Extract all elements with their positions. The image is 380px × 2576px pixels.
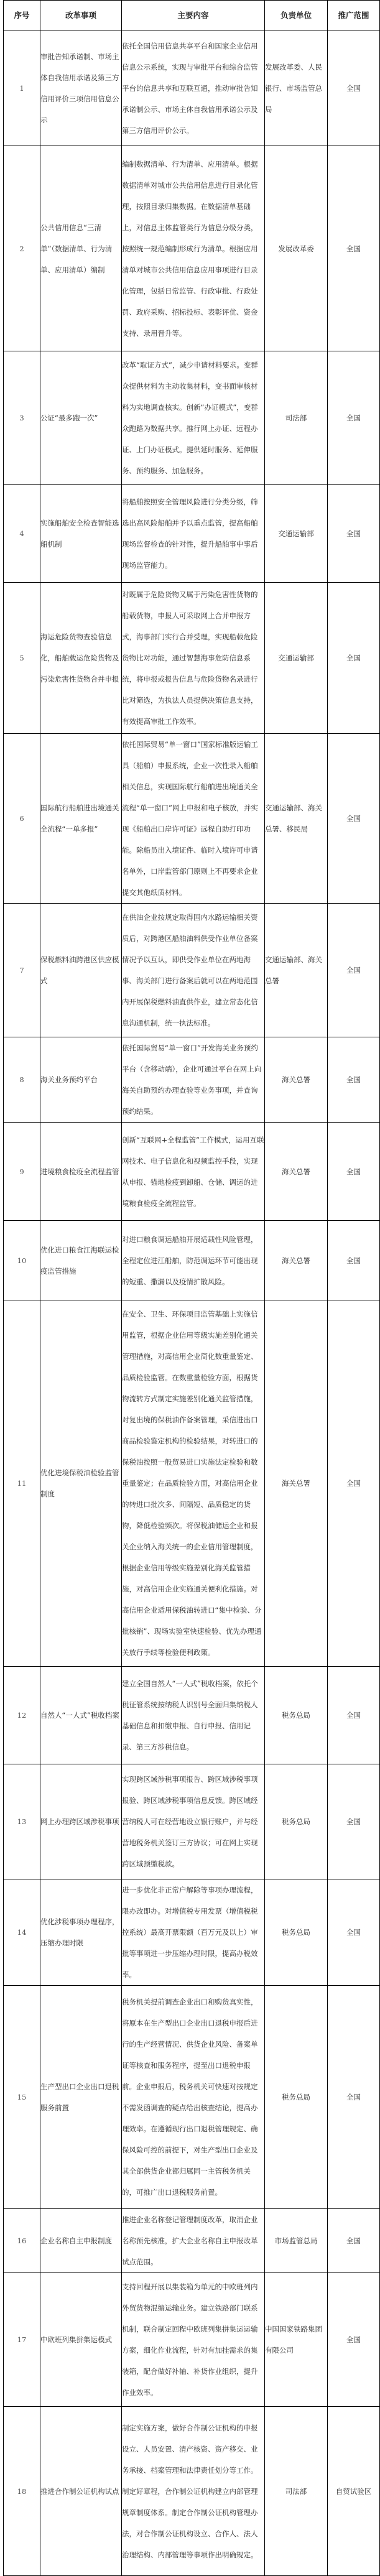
promotion-scope: 全国 [328, 2209, 380, 2273]
header-dept: 负责单位 [265, 1, 328, 30]
table-row: 15 生产型出口企业出口退税服务前置 税务机关提前调查企业出口和购货真实性，将原… [4, 1986, 380, 2209]
row-number: 8 [4, 1037, 40, 1123]
row-number: 16 [4, 2209, 40, 2273]
table-row: 3 公证“最多跑一次” 改革“取证方式”，减少申请材料要求。变群众提供材料为主动… [4, 351, 380, 485]
promotion-scope: 全国 [328, 1667, 380, 1764]
main-content: 依托国际贸易“单一窗口”开发海关业务预约平台（含移动端），企业可通过平台在网上向… [122, 1037, 265, 1123]
row-number: 1 [4, 30, 40, 146]
reform-item: 优化进口粮食江海联运检疫监管措施 [40, 1221, 122, 1300]
responsible-unit: 发展改革委、人民银行、市场监管总局 [265, 30, 328, 146]
reform-item: 生产型出口企业出口退税服务前置 [40, 1986, 122, 2209]
responsible-unit: 海关总署 [265, 1123, 328, 1221]
row-number: 15 [4, 1986, 40, 2209]
row-number: 3 [4, 351, 40, 485]
responsible-unit: 司法部 [265, 2407, 328, 2576]
main-content: 创新“互联网+全程监管”工作模式，运用互联网技术、电子信息化和视频监控手段，实现… [122, 1123, 265, 1221]
reform-item: 审批告知承诺制、市场主体自我信用承诺及第三方信用评价三项信用信息公示 [40, 30, 122, 146]
row-number: 7 [4, 904, 40, 1037]
row-number: 4 [4, 485, 40, 583]
reform-item: 公证“最多跑一次” [40, 351, 122, 485]
table-row: 4 实施船舶安全检查智能选船机制 将船舶按照安全管理风险进行分类分级，筛选出高风… [4, 485, 380, 583]
main-content: 建立全国自然人“一人式”税收档案，依托个税征管系统按纳税人识别号全面归集纳税人基… [122, 1667, 265, 1764]
main-content: 对进口粮食调运船舶开展适载性风险管理，全程定位进江船舶，防范调运环节可能出现的短… [122, 1221, 265, 1300]
header-no: 序号 [4, 1, 40, 30]
reform-item: 中欧班列集拼集运模式 [40, 2273, 122, 2407]
table-body: 1 审批告知承诺制、市场主体自我信用承诺及第三方信用评价三项信用信息公示 依托全… [4, 30, 380, 2576]
responsible-unit: 交通运输部、海关总署、移民局 [265, 734, 328, 904]
table-row: 2 公共信用信息“三清单”（数据清单、行为清单、应用清单）编制 编制数据清单、行… [4, 146, 380, 351]
main-content: 对既属于危险货物又属于污染危害性货物的船载货物，申报人可采取网上合并申报方式，海… [122, 583, 265, 734]
row-number: 6 [4, 734, 40, 904]
main-content: 编制数据清单、行为清单、应用清单。根据数据清单对城市公共信用信息进行目录化管理，… [122, 146, 265, 351]
promotion-scope: 全国 [328, 1300, 380, 1667]
reform-items-table: 序号 改革事项 主要内容 负责单位 推广范围 1 审批告知承诺制、市场主体自我信… [3, 0, 380, 2576]
reform-item: 海关业务预约平台 [40, 1037, 122, 1123]
table-row: 14 优化涉税事项办理程序，压缩办理时限 进一步优化非正常户解除等事项办理流程，… [4, 1879, 380, 1986]
reform-item: 网上办理跨区域涉税事项 [40, 1764, 122, 1879]
table-row: 7 保税燃料油跨港区供应模式 在供油企业按规定取得国内水路运输相关资质后，对跨港… [4, 904, 380, 1037]
responsible-unit: 税务总局 [265, 1879, 328, 1986]
responsible-unit: 交通运输部 [265, 485, 328, 583]
promotion-scope: 全国 [328, 2273, 380, 2407]
row-number: 2 [4, 146, 40, 351]
row-number: 5 [4, 583, 40, 734]
promotion-scope: 全国 [328, 1037, 380, 1123]
reform-item: 公共信用信息“三清单”（数据清单、行为清单、应用清单）编制 [40, 146, 122, 351]
responsible-unit: 税务总局 [265, 1667, 328, 1764]
main-content: 改革“取证方式”，减少申请材料要求。变群众提供材料为主动收集材料，变书面审核材料… [122, 351, 265, 485]
table-row: 5 海运危险货物查验信息化，船舶载运危险货物及污染危害性货物合并申报 对既属于危… [4, 583, 380, 734]
promotion-scope: 全国 [328, 1764, 380, 1879]
reform-item: 企业名称自主申报制度 [40, 2209, 122, 2273]
main-content: 支持回程开展以集装箱为单元的中欧班列内外贸货物混编运输业务。建立铁路部门联系机制… [122, 2273, 265, 2407]
main-content: 税务机关提前调查企业出口和购货真实性，将原本在生产型出口企业出口退税申报后进行的… [122, 1986, 265, 2209]
main-content: 推进企业名称登记管理制度改革，取消企业名称预先核准，扩大企业名称自主申报改革试点… [122, 2209, 265, 2273]
responsible-unit: 海关总署 [265, 1221, 328, 1300]
row-number: 18 [4, 2407, 40, 2576]
reform-item: 国际航行船舶进出境通关全流程“一单多报” [40, 734, 122, 904]
reform-item: 实施船舶安全检查智能选船机制 [40, 485, 122, 583]
reform-item: 自然人“一人式”税收档案 [40, 1667, 122, 1764]
responsible-unit: 交通运输部 [265, 583, 328, 734]
promotion-scope: 全国 [328, 734, 380, 904]
table-row: 9 进境粮食检疫全流程监管 创新“互联网+全程监管”工作模式，运用互联网技术、电… [4, 1123, 380, 1221]
main-content: 实现跨区域涉税事项报告、跨区域涉税事项报验、跨区域涉税事项信息反馈。跨区域经营纳… [122, 1764, 265, 1879]
promotion-scope: 全国 [328, 30, 380, 146]
main-content: 进一步优化非正常户解除等事项办理流程，限办改即办。对增值税专用发票（增值税税控系… [122, 1879, 265, 1986]
main-content: 制定实施方案，做好合作制公证机构的申报设立、人员安置、清产核资、资产移交、业务承… [122, 2407, 265, 2576]
responsible-unit: 海关总署 [265, 1037, 328, 1123]
header-item: 改革事项 [40, 1, 122, 30]
promotion-scope: 全国 [328, 583, 380, 734]
table-row: 11 优化进境保税油检验监管制度 在安全、卫生、环保项目监管基础上实施信用监管，… [4, 1300, 380, 1667]
reform-item: 优化进境保税油检验监管制度 [40, 1300, 122, 1667]
promotion-scope: 全国 [328, 1879, 380, 1986]
header-content: 主要内容 [122, 1, 265, 30]
reform-item: 推进合作制公证机构试点 [40, 2407, 122, 2576]
row-number: 12 [4, 1667, 40, 1764]
main-content: 依托全国信用信息共享平台和国家企业信用信息公示系统，实现与审批平台和综合监管平台… [122, 30, 265, 146]
row-number: 14 [4, 1879, 40, 1986]
row-number: 13 [4, 1764, 40, 1879]
main-content: 依托国际贸易“单一窗口”国家标准版运输工具（船舶）申报系统，企业一次性录入船舶相… [122, 734, 265, 904]
table-row: 16 企业名称自主申报制度 推进企业名称登记管理制度改革，取消企业名称预先核准，… [4, 2209, 380, 2273]
row-number: 11 [4, 1300, 40, 1667]
responsible-unit: 税务总局 [265, 1986, 328, 2209]
row-number: 9 [4, 1123, 40, 1221]
table-row: 12 自然人“一人式”税收档案 建立全国自然人“一人式”税收档案，依托个税征管系… [4, 1667, 380, 1764]
responsible-unit: 税务总局 [265, 1764, 328, 1879]
responsible-unit: 交通运输部、海关总署 [265, 904, 328, 1037]
responsible-unit: 市场监管总局 [265, 2209, 328, 2273]
row-number: 10 [4, 1221, 40, 1300]
table-row: 17 中欧班列集拼集运模式 支持回程开展以集装箱为单元的中欧班列内外贸货物混编运… [4, 2273, 380, 2407]
table-header-row: 序号 改革事项 主要内容 负责单位 推广范围 [4, 1, 380, 30]
reform-item: 进境粮食检疫全流程监管 [40, 1123, 122, 1221]
promotion-scope: 全国 [328, 351, 380, 485]
table-row: 1 审批告知承诺制、市场主体自我信用承诺及第三方信用评价三项信用信息公示 依托全… [4, 30, 380, 146]
table-row: 18 推进合作制公证机构试点 制定实施方案，做好合作制公证机构的申报设立、人员安… [4, 2407, 380, 2576]
promotion-scope: 全国 [328, 1123, 380, 1221]
header-scope: 推广范围 [328, 1, 380, 30]
reform-item: 海运危险货物查验信息化，船舶载运危险货物及污染危害性货物合并申报 [40, 583, 122, 734]
responsible-unit: 海关总署 [265, 1300, 328, 1667]
reform-item: 保税燃料油跨港区供应模式 [40, 904, 122, 1037]
table-row: 6 国际航行船舶进出境通关全流程“一单多报” 依托国际贸易“单一窗口”国家标准版… [4, 734, 380, 904]
promotion-scope: 全国 [328, 904, 380, 1037]
responsible-unit: 中国国家铁路集团有限公司 [265, 2273, 328, 2407]
table-row: 8 海关业务预约平台 依托国际贸易“单一窗口”开发海关业务预约平台（含移动端），… [4, 1037, 380, 1123]
main-content: 在安全、卫生、环保项目监管基础上实施信用监管，根据企业信用等级实施差别化通关管理… [122, 1300, 265, 1667]
responsible-unit: 发展改革委 [265, 146, 328, 351]
promotion-scope: 自贸试验区 [328, 2407, 380, 2576]
reform-item: 优化涉税事项办理程序，压缩办理时限 [40, 1879, 122, 1986]
promotion-scope: 全国 [328, 485, 380, 583]
table-row: 10 优化进口粮食江海联运检疫监管措施 对进口粮食调运船舶开展适载性风险管理，全… [4, 1221, 380, 1300]
promotion-scope: 全国 [328, 146, 380, 351]
row-number: 17 [4, 2273, 40, 2407]
main-content: 在供油企业按规定取得国内水路运输相关资质后，对跨港区船舶油料供受作业单位备案情况… [122, 904, 265, 1037]
promotion-scope: 全国 [328, 1221, 380, 1300]
responsible-unit: 司法部 [265, 351, 328, 485]
main-content: 将船舶按照安全管理风险进行分类分级，筛选出高风险船舶并予以重点监管，提高船舶现场… [122, 485, 265, 583]
table-row: 13 网上办理跨区域涉税事项 实现跨区域涉税事项报告、跨区域涉税事项报验、跨区域… [4, 1764, 380, 1879]
promotion-scope: 全国 [328, 1986, 380, 2209]
